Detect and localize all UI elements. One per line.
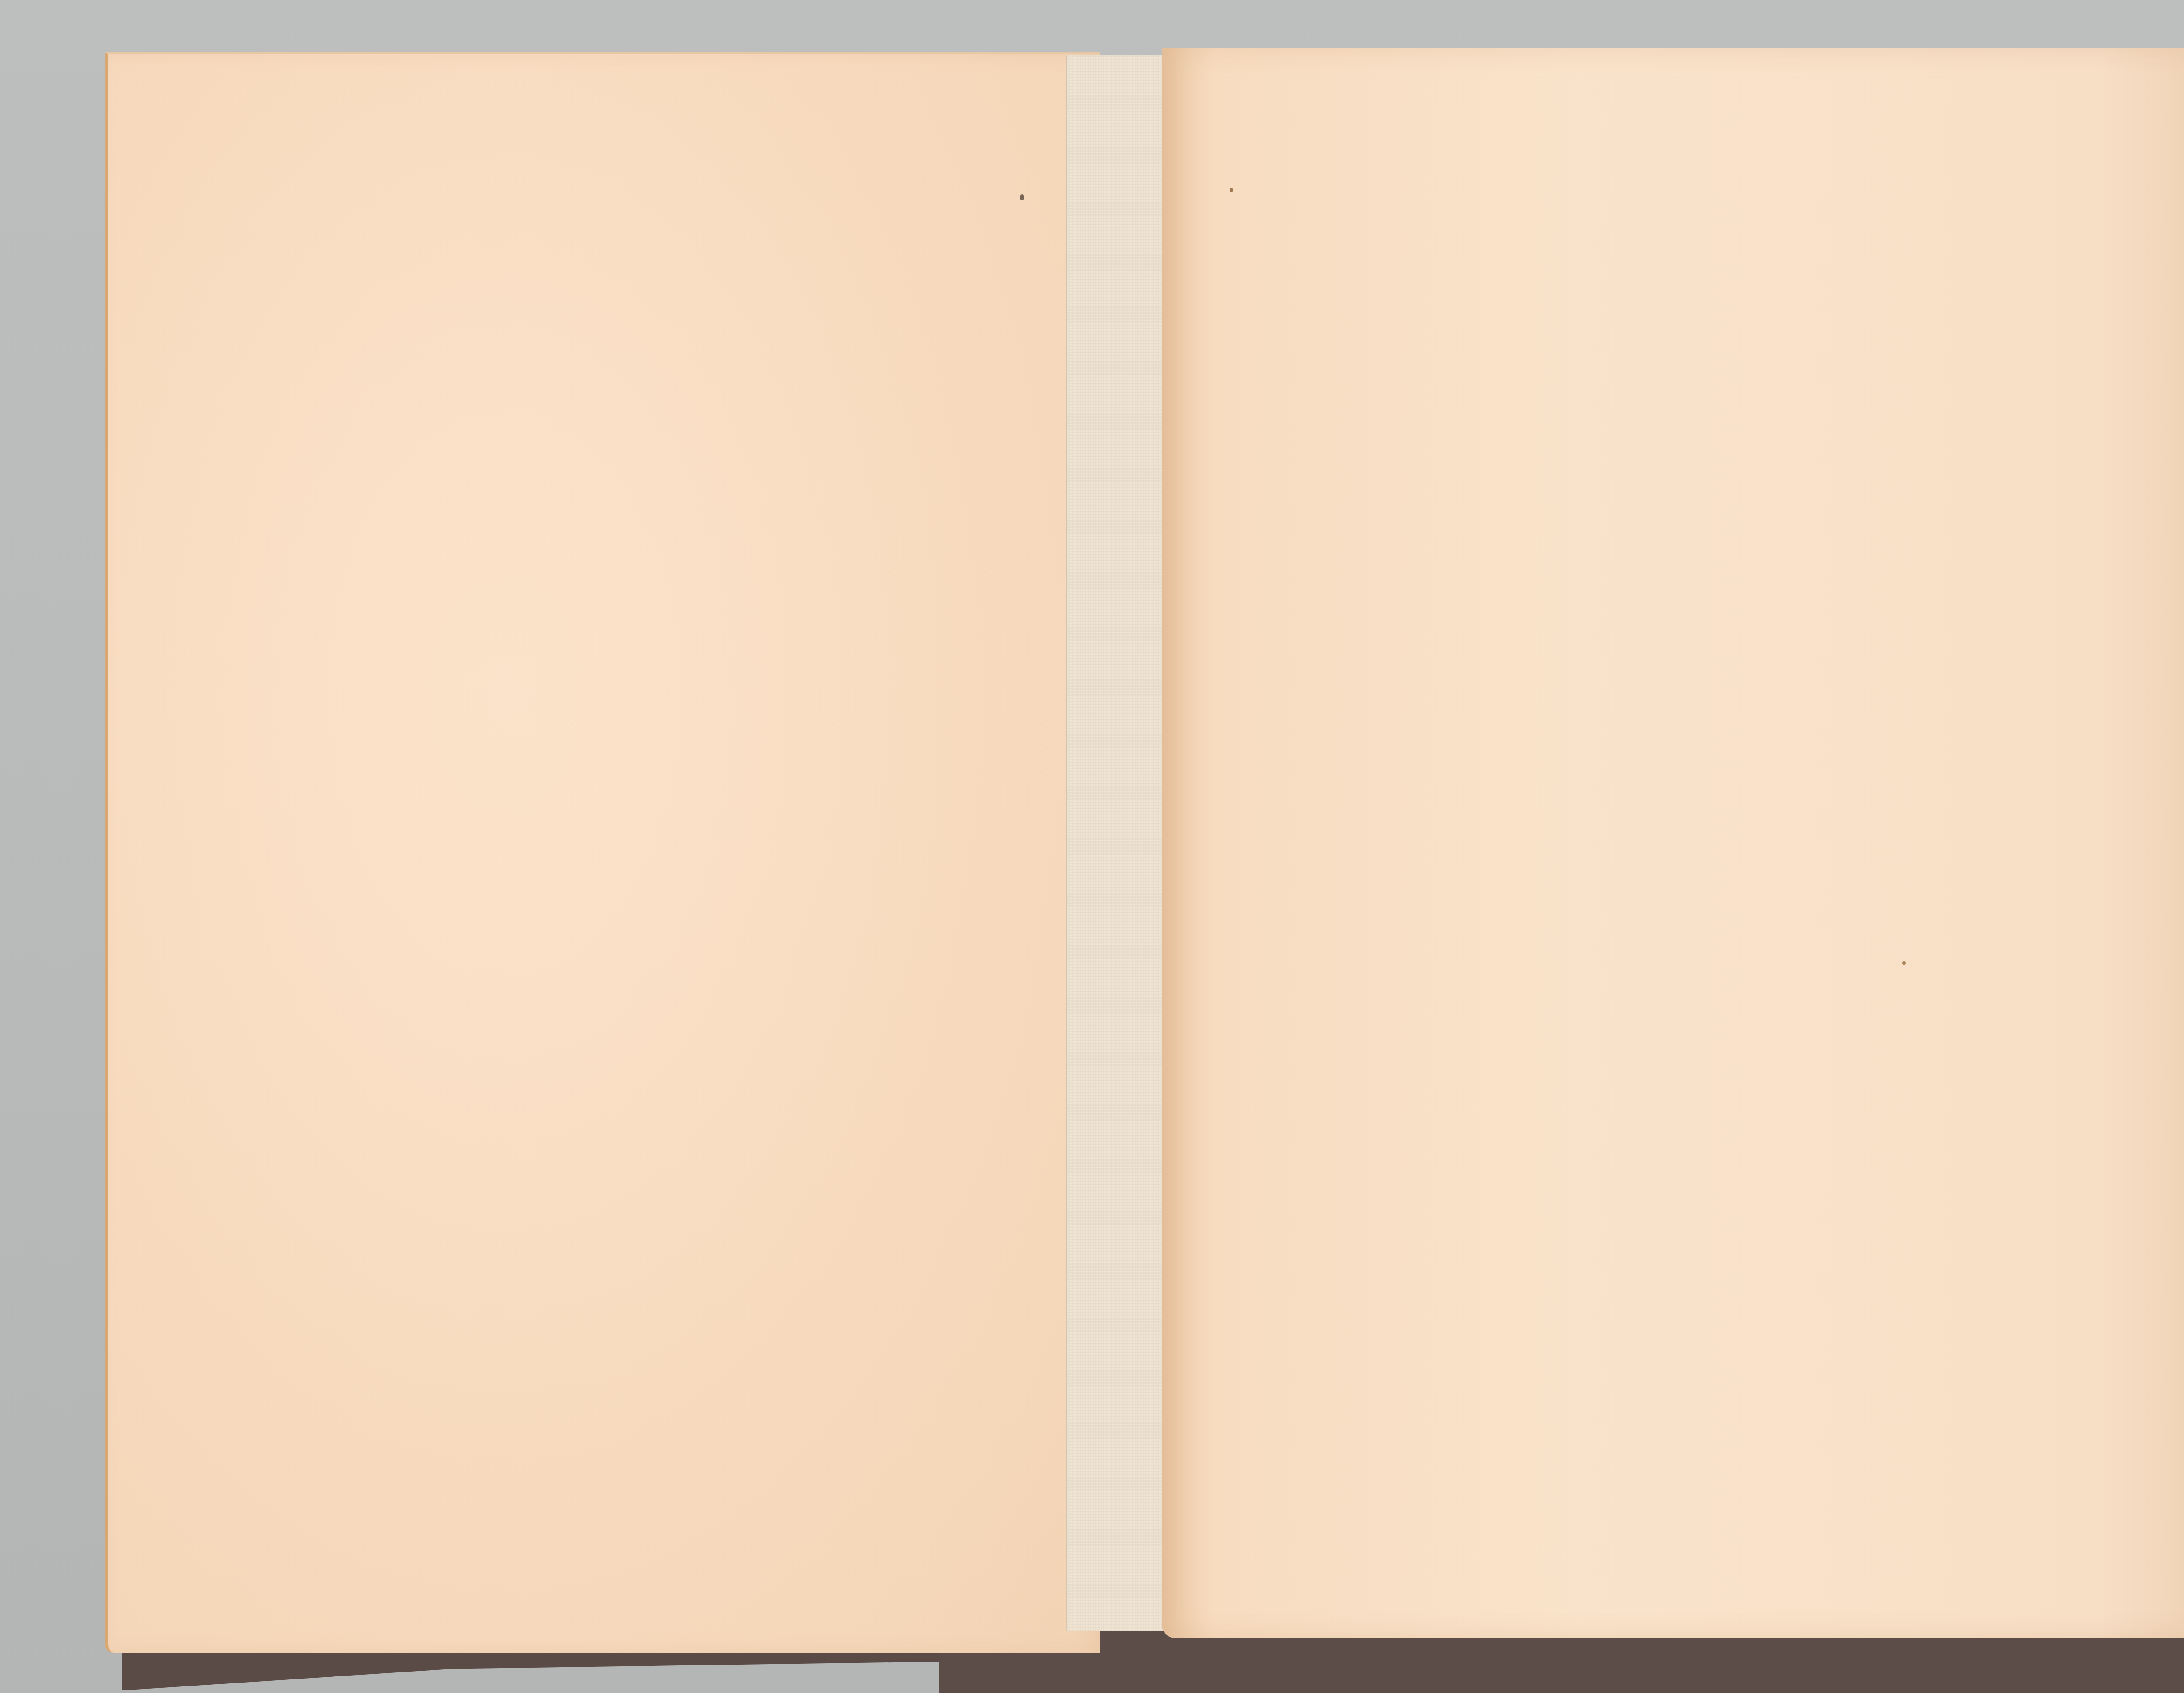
paper-speck bbox=[1020, 194, 1024, 200]
cloth-spine-tape bbox=[1066, 55, 1164, 1631]
left-page bbox=[105, 52, 1100, 1653]
right-page bbox=[1162, 48, 2184, 1638]
paper-speck bbox=[1902, 961, 1906, 965]
paper-speck bbox=[1230, 188, 1233, 192]
photo-scene bbox=[0, 0, 2184, 1693]
